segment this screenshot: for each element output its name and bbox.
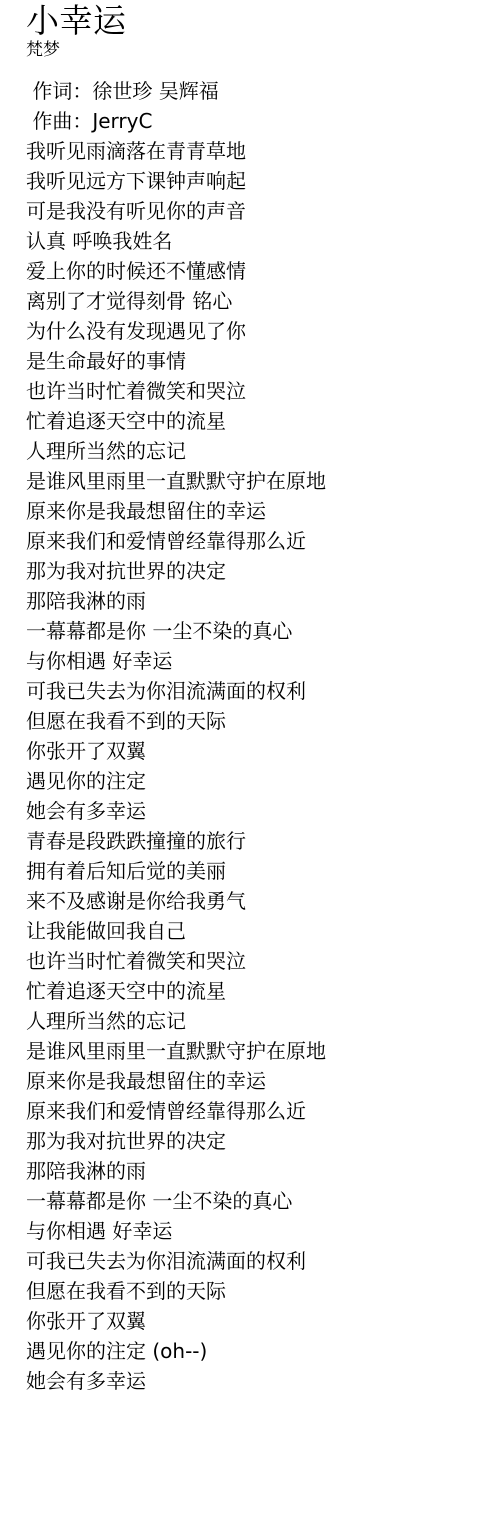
lyric-line: 可我已失去为你泪流满面的权利 — [26, 1246, 488, 1276]
lyric-line: 与你相遇 好幸运 — [26, 1216, 488, 1246]
lyric-line: 她会有多幸运 — [26, 1366, 488, 1396]
lyric-line: 认真 呼唤我姓名 — [26, 226, 488, 256]
lyric-line: 为什么没有发现遇见了你 — [26, 316, 488, 346]
lyric-line: 是谁风里雨里一直默默守护在原地 — [26, 1036, 488, 1066]
lyric-line: 让我能做回我自己 — [26, 916, 488, 946]
lyric-line: 那陪我淋的雨 — [26, 586, 488, 616]
lyric-line: 但愿在我看不到的天际 — [26, 1276, 488, 1306]
lyric-line: 也许当时忙着微笑和哭泣 — [26, 376, 488, 406]
composer-credit: 作曲：JerryC — [26, 106, 488, 136]
lyric-line: 与你相遇 好幸运 — [26, 646, 488, 676]
lyrics-body: 我听见雨滴落在青青草地我听见远方下课钟声响起可是我没有听见你的声音认真 呼唤我姓… — [26, 136, 488, 1396]
lyric-line: 遇见你的注定 (oh--) — [26, 1336, 488, 1366]
lyric-line: 爱上你的时候还不懂感情 — [26, 256, 488, 286]
lyric-line: 原来你是我最想留住的幸运 — [26, 496, 488, 526]
lyricist-credit: 作词：徐世珍 吴辉福 — [26, 76, 488, 106]
lyric-line: 那为我对抗世界的决定 — [26, 1126, 488, 1156]
lyric-line: 但愿在我看不到的天际 — [26, 706, 488, 736]
lyric-line: 可我已失去为你泪流满面的权利 — [26, 676, 488, 706]
lyric-line: 一幕幕都是你 一尘不染的真心 — [26, 616, 488, 646]
lyric-line: 离别了才觉得刻骨 铭心 — [26, 286, 488, 316]
lyric-line: 是生命最好的事情 — [26, 346, 488, 376]
lyric-line: 可是我没有听见你的声音 — [26, 196, 488, 226]
lyric-line: 青春是段跌跌撞撞的旅行 — [26, 826, 488, 856]
lyric-line: 那陪我淋的雨 — [26, 1156, 488, 1186]
lyric-line: 是谁风里雨里一直默默守护在原地 — [26, 466, 488, 496]
lyric-line: 人理所当然的忘记 — [26, 436, 488, 466]
lyric-line: 拥有着后知后觉的美丽 — [26, 856, 488, 886]
song-title: 小幸运 — [26, 2, 488, 40]
lyric-line: 我听见远方下课钟声响起 — [26, 166, 488, 196]
artist-name: 梵梦 — [26, 40, 488, 60]
lyric-line: 忙着追逐天空中的流星 — [26, 406, 488, 436]
lyric-line: 她会有多幸运 — [26, 796, 488, 826]
lyric-line: 你张开了双翼 — [26, 1306, 488, 1336]
lyric-line: 原来我们和爱情曾经靠得那么近 — [26, 526, 488, 556]
lyric-line: 人理所当然的忘记 — [26, 1006, 488, 1036]
lyric-line: 原来你是我最想留住的幸运 — [26, 1066, 488, 1096]
credits-block: 作词：徐世珍 吴辉福 作曲：JerryC — [26, 76, 488, 136]
lyric-line: 一幕幕都是你 一尘不染的真心 — [26, 1186, 488, 1216]
lyric-line: 忙着追逐天空中的流星 — [26, 976, 488, 1006]
lyric-line: 遇见你的注定 — [26, 766, 488, 796]
lyric-line: 来不及感谢是你给我勇气 — [26, 886, 488, 916]
lyric-line: 原来我们和爱情曾经靠得那么近 — [26, 1096, 488, 1126]
lyrics-page: 小幸运 梵梦 作词：徐世珍 吴辉福 作曲：JerryC 我听见雨滴落在青青草地我… — [0, 0, 500, 1456]
lyric-line: 也许当时忙着微笑和哭泣 — [26, 946, 488, 976]
lyric-line: 那为我对抗世界的决定 — [26, 556, 488, 586]
lyric-line: 你张开了双翼 — [26, 736, 488, 766]
lyric-line: 我听见雨滴落在青青草地 — [26, 136, 488, 166]
